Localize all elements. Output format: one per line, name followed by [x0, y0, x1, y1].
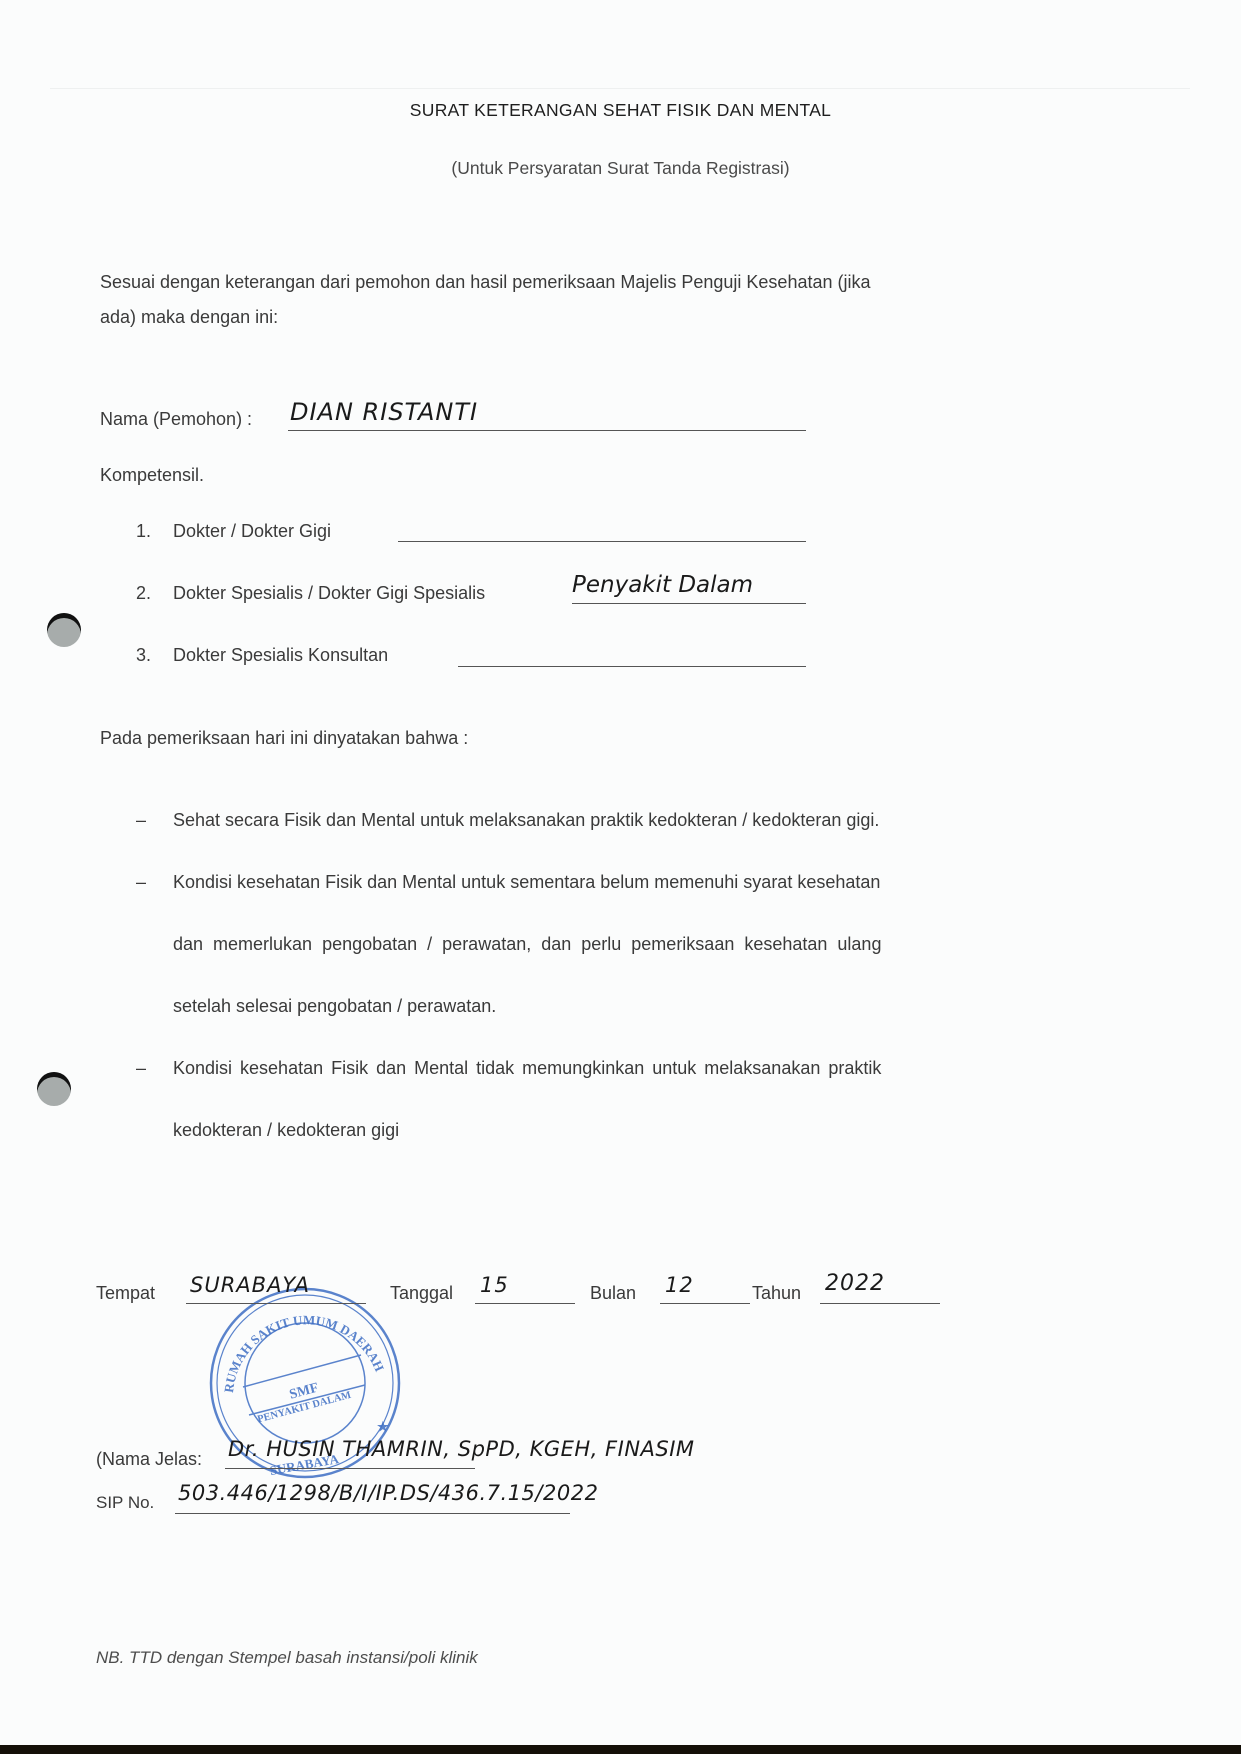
competency-field-2[interactable]: Penyakit Dalam	[572, 572, 753, 598]
stamp-outer-text: RUMAH SAKIT UMUM DAERAH Dr. SOETOMO	[205, 1283, 389, 1393]
svg-text:★: ★	[377, 1419, 389, 1434]
punch-hole-icon	[47, 613, 81, 647]
doctor-name-underline	[225, 1468, 475, 1469]
statement-2-line-3: setelah selesai pengobatan / perawatan.	[173, 996, 496, 1017]
document-page: SURAT KETERANGAN SEHAT FISIK DAN MENTAL …	[0, 0, 1241, 1754]
sip-field[interactable]: 503.446/1298/B/I/IP.DS/436.7.15/2022	[178, 1481, 598, 1505]
statement-bullet: –	[136, 810, 146, 831]
statement-3-line-1: Kondisi kesehatan Fisik dan Mental tidak…	[173, 1058, 881, 1079]
document-title: SURAT KETERANGAN SEHAT FISIK DAN MENTAL	[0, 100, 1241, 121]
punch-hole-icon	[37, 1072, 71, 1106]
name-field[interactable]: DIAN RISTANTI	[290, 398, 478, 426]
statement-label: Pada pemeriksaan hari ini dinyatakan bah…	[100, 728, 468, 749]
name-label: Nama (Pemohon) :	[100, 409, 252, 430]
competency-number: 1.	[136, 521, 151, 542]
year-underline	[820, 1303, 940, 1304]
statement-2-line-1: Kondisi kesehatan Fisik dan Mental untuk…	[173, 872, 880, 893]
competency-field-1[interactable]	[398, 541, 806, 542]
competency-label: Kompetensil.	[100, 465, 204, 486]
month-underline	[660, 1303, 750, 1304]
doctor-name-label: (Nama Jelas:	[96, 1449, 202, 1470]
name-underline	[288, 430, 806, 431]
competency-label-1: Dokter / Dokter Gigi	[173, 521, 331, 542]
sip-underline	[175, 1513, 570, 1514]
competency-number: 2.	[136, 583, 151, 604]
day-label: Tanggal	[390, 1283, 453, 1304]
competency-label-2: Dokter Spesialis / Dokter Gigi Spesialis	[173, 583, 485, 604]
statement-bullet: –	[136, 1058, 146, 1079]
day-field[interactable]: 15	[480, 1273, 509, 1297]
place-label: Tempat	[96, 1283, 155, 1304]
competency-label-3: Dokter Spesialis Konsultan	[173, 645, 388, 666]
month-field[interactable]: 12	[665, 1273, 694, 1297]
competency-number: 3.	[136, 645, 151, 666]
place-underline	[186, 1303, 366, 1304]
sip-label: SIP No.	[96, 1493, 154, 1513]
statement-bullet: –	[136, 872, 146, 893]
intro-text-line-2: ada) maka dengan ini:	[100, 307, 278, 328]
place-field[interactable]: SURABAYA	[190, 1273, 310, 1297]
intro-text-line-1: Sesuai dengan keterangan dari pemohon da…	[100, 272, 871, 293]
svg-text:RUMAH SAKIT UMUM DAERAH Dr. SO: RUMAH SAKIT UMUM DAERAH Dr. SOETOMO	[205, 1283, 389, 1393]
month-label: Bulan	[590, 1283, 636, 1304]
statement-2-line-2: dan memerlukan pengobatan / perawatan, d…	[173, 934, 881, 955]
footnote: NB. TTD dengan Stempel basah instansi/po…	[96, 1648, 478, 1668]
year-field[interactable]: 2022	[825, 1271, 885, 1296]
competency-underline-2	[572, 603, 806, 604]
document-subtitle: (Untuk Persyaratan Surat Tanda Registras…	[0, 158, 1241, 179]
fold-line	[50, 88, 1190, 89]
doctor-name-field[interactable]: Dr. HUSIN THAMRIN, SpPD, KGEH, FINASIM	[228, 1437, 695, 1461]
competency-field-3[interactable]	[458, 666, 806, 667]
scan-edge	[0, 1745, 1241, 1754]
day-underline	[475, 1303, 575, 1304]
statement-1-line-1: Sehat secara Fisik dan Mental untuk mela…	[173, 810, 879, 831]
statement-3-line-2: kedokteran / kedokteran gigi	[173, 1120, 399, 1141]
year-label: Tahun	[752, 1283, 801, 1304]
